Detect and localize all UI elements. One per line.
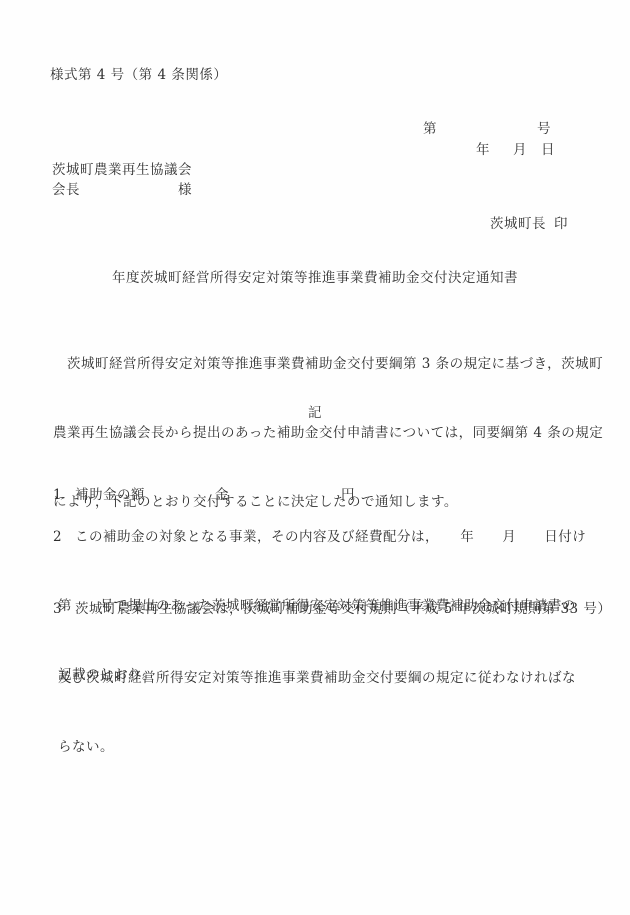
item-3-number: 3 <box>53 598 75 621</box>
item-3: 3茨城町農業再生協議会は，茨城町補助金等交付規則（平成 5 年茨城町規則第 33… <box>58 552 618 805</box>
issue-date-month: 月 <box>513 142 527 158</box>
issuer-line: 茨城町長印 <box>490 213 568 236</box>
item-line: 及び茨城町経営所得安定対策等推進事業費補助金交付要綱の規定に従わなければな <box>58 667 618 690</box>
document-page: 様式第 4 号（第 4 条関係） 第号 年月日 茨城町農業再生協議会 会長様 茨… <box>0 0 630 915</box>
issuer-name: 茨城町長 <box>490 216 546 232</box>
issue-date-line: 年月日 <box>476 139 555 162</box>
issue-number-line: 第号 <box>423 118 551 141</box>
record-heading: 記 <box>0 402 630 425</box>
addressee-role: 会長 <box>52 182 80 198</box>
issue-number-prefix: 第 <box>423 121 437 137</box>
item-line: 3茨城町農業再生協議会は，茨城町補助金等交付規則（平成 5 年茨城町規則第 33… <box>58 598 618 621</box>
form-label: 様式第 4 号（第 4 条関係） <box>50 64 227 87</box>
issue-date-year: 年 <box>476 142 490 158</box>
item-2-number: 2 <box>53 526 75 549</box>
addressee-line: 会長様 <box>52 179 192 202</box>
addressee-honorific: 様 <box>178 182 192 198</box>
item-line: 2この補助金の対象となる事業，その内容及び経費配分は， 年 月 日付け <box>58 526 618 549</box>
item-3-text: 茨城町農業再生協議会は，茨城町補助金等交付規則（平成 5 年茨城町規則第 33 … <box>75 601 611 617</box>
issue-date-day: 日 <box>541 142 555 158</box>
item-line: らない。 <box>58 736 618 759</box>
issue-number-suffix: 号 <box>537 121 551 137</box>
document-title: 年度茨城町経営所得安定対策等推進事業費補助金交付決定通知書 <box>0 267 630 290</box>
body-paragraph-line: 茨城町経営所得安定対策等推進事業費補助金交付要綱第 3 条の規定に基づき，茨城町 <box>53 353 613 376</box>
item-2-text: この補助金の対象となる事業，その内容及び経費配分は， 年 月 日付け <box>75 529 586 545</box>
issuer-seal-label: 印 <box>554 216 568 232</box>
